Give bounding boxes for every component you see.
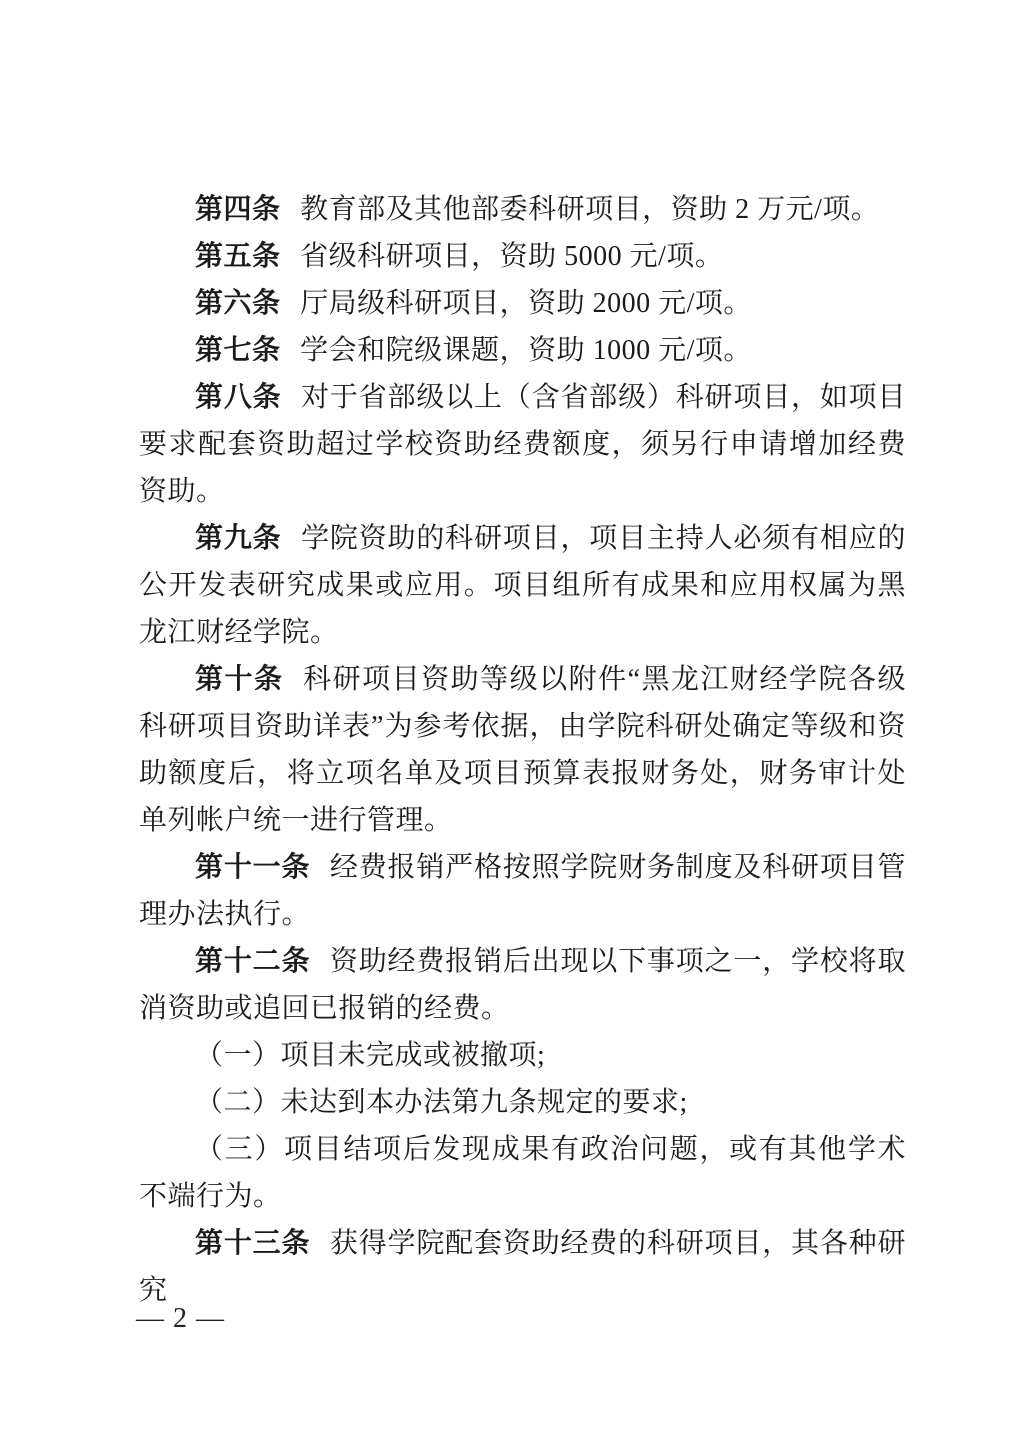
article-paragraph: 第十二条资助经费报销后出现以下事项之一，学校将取消资助或追回已报销的经费。 xyxy=(139,938,906,1032)
article-paragraph: 第八条对于省部级以上（含省部级）科研项目，如项目要求配套资助超过学校资助经费额度… xyxy=(139,374,906,515)
article-paragraph: （三）项目结项后发现成果有政治问题，或有其他学术不端行为。 xyxy=(139,1126,906,1220)
article-text: 厅局级科研项目，资助 2000 元/项。 xyxy=(300,288,752,319)
article-paragraph: 第十一条经费报销严格按照学院财务制度及科研项目管理办法执行。 xyxy=(139,844,906,938)
article-label: 第十二条 xyxy=(195,946,310,977)
article-label: 第七条 xyxy=(195,335,281,366)
article-text: 省级科研项目，资助 5000 元/项。 xyxy=(300,241,723,272)
article-label: 第十条 xyxy=(195,664,284,695)
article-text: （三）项目结项后发现成果有政治问题，或有其他学术不端行为。 xyxy=(139,1134,906,1212)
article-text: （一）项目未完成或被撤项; xyxy=(195,1040,545,1071)
article-label: 第十三条 xyxy=(195,1228,310,1259)
article-text: 教育部及其他部委科研项目，资助 2 万元/项。 xyxy=(300,194,879,225)
document-page: 第四条教育部及其他部委科研项目，资助 2 万元/项。 第五条省级科研项目，资助 … xyxy=(0,0,1024,1448)
article-paragraph: 第七条学会和院级课题，资助 1000 元/项。 xyxy=(139,327,906,374)
article-paragraph: （一）项目未完成或被撤项; xyxy=(139,1032,906,1079)
article-label: 第九条 xyxy=(195,523,281,554)
article-label: 第五条 xyxy=(195,241,281,272)
article-paragraph: 第五条省级科研项目，资助 5000 元/项。 xyxy=(139,233,906,280)
article-label: 第四条 xyxy=(195,194,281,225)
article-list: 第四条教育部及其他部委科研项目，资助 2 万元/项。 第五条省级科研项目，资助 … xyxy=(139,186,906,1314)
article-paragraph: 第十三条获得学院配套资助经费的科研项目，其各种研究 xyxy=(139,1220,906,1314)
article-paragraph: 第四条教育部及其他部委科研项目，资助 2 万元/项。 xyxy=(139,186,906,233)
article-text: （二）未达到本办法第九条规定的要求; xyxy=(195,1087,688,1118)
article-paragraph: （二）未达到本办法第九条规定的要求; xyxy=(139,1079,906,1126)
page-number: — 2 — xyxy=(136,1299,225,1339)
article-label: 第八条 xyxy=(195,382,281,413)
article-paragraph: 第十条科研项目资助等级以附件“黑龙江财经学院各级科研项目资助详表”为参考依据，由… xyxy=(139,656,906,844)
article-paragraph: 第九条学院资助的科研项目，项目主持人必须有相应的公开发表研究成果或应用。项目组所… xyxy=(139,515,906,656)
article-label: 第六条 xyxy=(195,288,281,319)
article-label: 第十一条 xyxy=(195,852,310,883)
article-paragraph: 第六条厅局级科研项目，资助 2000 元/项。 xyxy=(139,280,906,327)
article-text: 学会和院级课题，资助 1000 元/项。 xyxy=(300,335,752,366)
